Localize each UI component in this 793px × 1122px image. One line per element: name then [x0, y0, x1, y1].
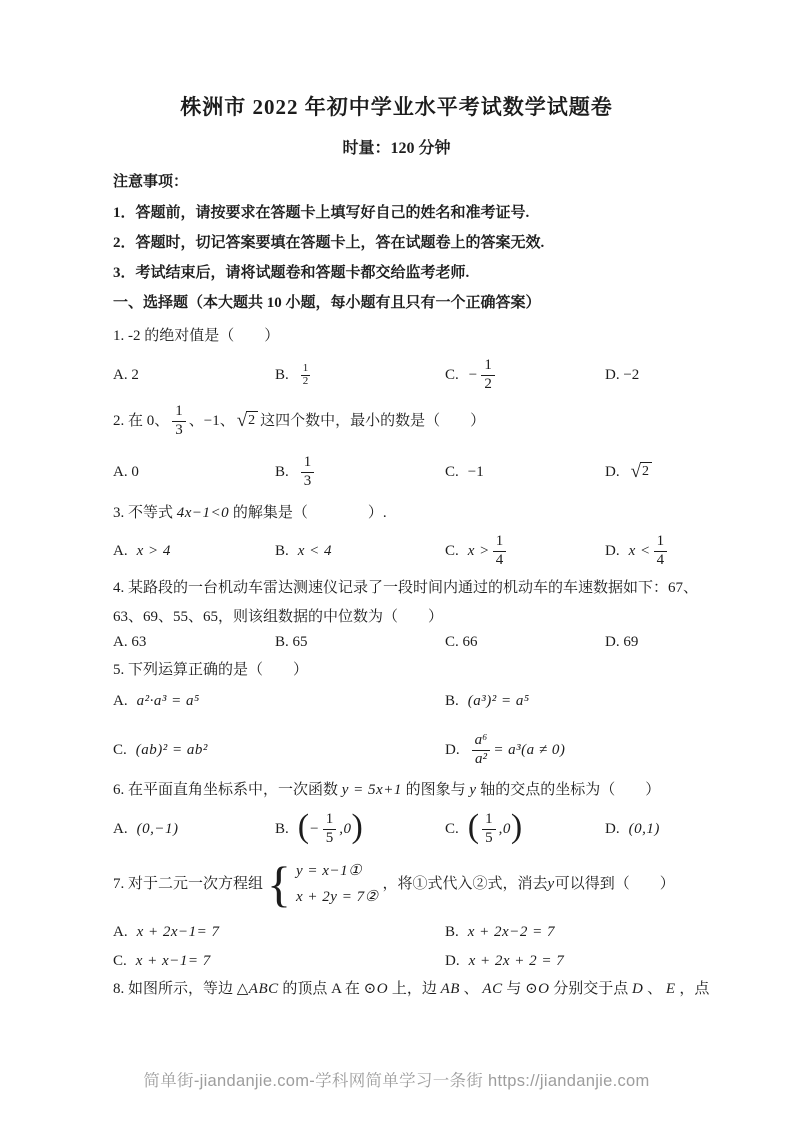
question-7-option-d: D. x + 2x + 2 = 7: [445, 951, 715, 971]
fraction: 13: [301, 454, 315, 490]
square-root: √2: [237, 411, 258, 431]
question-1-option-d: D. −2: [605, 365, 715, 385]
equation-system: { y = x−1① x + 2y = 7②: [267, 861, 379, 907]
option-text: A. 0: [113, 462, 139, 482]
option-text: D. 69: [605, 632, 638, 652]
fraction-numerator: 1: [654, 533, 668, 550]
text-fragment: 可以得到（ ）: [555, 874, 675, 894]
question-1-option-c: C. − 12: [445, 357, 605, 393]
math-expression: E: [666, 981, 676, 997]
fraction: 12: [481, 357, 495, 393]
text-fragment: ，点: [679, 981, 709, 997]
math-expression: y = 5x+1: [342, 782, 402, 798]
math-expression: x < 4: [298, 541, 332, 561]
math-expression: x > 4: [137, 541, 171, 561]
option-label: B.: [275, 819, 289, 839]
question-6-option-a: A. (0,−1): [113, 819, 275, 839]
fraction-numerator: 1: [481, 357, 495, 374]
math-expression: ,0: [499, 819, 511, 839]
question-4-option-d: D. 69: [605, 632, 715, 652]
option-label: C.: [445, 462, 459, 482]
question-6-options: A. (0,−1) B. ( − 15 ,0 ) C. ( 15 ,0 ) D.…: [113, 804, 715, 854]
question-6-option-d: D. (0,1): [605, 819, 715, 839]
math-expression: AC: [482, 981, 502, 997]
question-2-options: A. 0 B. 13 C. −1 D. √2: [113, 450, 715, 494]
math-expression: 4x−1<0: [177, 505, 229, 521]
notice-item-2: 2．答题时，切记答案要填在答题卡上，答在试题卷上的答案无效.: [113, 233, 715, 253]
math-expression: y: [548, 874, 555, 894]
question-5-text: 5. 下列运算正确的是（ ）: [113, 660, 715, 680]
math-expression: ⊙O: [364, 981, 388, 997]
question-7-options-row-1: A. x + 2x−1= 7 B. x + 2x−2 = 7: [113, 921, 715, 943]
option-label: B.: [275, 365, 289, 385]
notice-heading: 注意事项：: [113, 172, 715, 192]
equation-2: x + 2y = 7②: [296, 887, 379, 907]
question-3-option-c: C. x > 14: [445, 533, 605, 569]
text-fragment: 的解集是（ ）.: [233, 505, 387, 521]
system-equations: y = x−1① x + 2y = 7②: [296, 861, 379, 907]
text-fragment: 的顶点 A 在: [282, 981, 360, 997]
math-expression: = a³(a ≠ 0): [493, 740, 565, 760]
fraction: 12: [301, 363, 311, 387]
option-text: A. 2: [113, 365, 139, 385]
math-expression: y: [469, 782, 476, 798]
text-fragment: 的图象与: [406, 782, 466, 798]
math-expression: x >: [468, 541, 490, 561]
option-label: A.: [113, 691, 128, 711]
text-fragment: 轴的交点的坐标为（ ）: [480, 782, 660, 798]
question-3-option-d: D. x < 14: [605, 533, 715, 569]
text-fragment: 、−1、: [189, 411, 235, 431]
fraction: 15: [482, 811, 496, 847]
option-label: A.: [113, 541, 128, 561]
option-label: D.: [605, 819, 620, 839]
fraction-numerator: 1: [482, 811, 496, 828]
question-6-option-c: C. ( 15 ,0 ): [445, 811, 605, 847]
math-expression: a²·a³ = a⁵: [137, 691, 200, 711]
math-expression: (a³)² = a⁵: [468, 691, 530, 711]
minus-sign: −: [309, 819, 320, 839]
text-fragment: ，将①式代入②式，消去: [383, 874, 548, 894]
question-4-text-line-1: 4. 某路段的一台机动车雷达测速仪记录了一段时间内通过的机动车的车速数据如下：6…: [113, 578, 715, 598]
option-label: C.: [445, 541, 459, 561]
question-4-options: A. 63 B. 65 C. 66 D. 69: [113, 631, 715, 653]
question-7-options-row-2: C. x + x−1= 7 D. x + 2x + 2 = 7: [113, 950, 715, 972]
option-label: C.: [445, 819, 459, 839]
question-4-option-c: C. 66: [445, 632, 605, 652]
fraction-denominator: 3: [172, 421, 186, 439]
exam-paper-page: 株洲市 2022 年初中学业水平考试数学试题卷 时量：120 分钟 注意事项： …: [0, 0, 793, 1122]
question-1-option-a: A. 2: [113, 365, 275, 385]
option-label: C.: [113, 740, 127, 760]
fraction: 14: [493, 533, 507, 569]
fraction: 14: [654, 533, 668, 569]
square-root: √2: [631, 462, 652, 482]
option-label: C.: [445, 365, 459, 385]
question-2-text: 2. 在 0、 13 、−1、 √2 这四个数中，最小的数是（ ）: [113, 400, 715, 442]
text-fragment: 与: [506, 981, 521, 997]
text-fragment: 上，边: [392, 981, 437, 997]
text-fragment: 分别交于点: [553, 981, 628, 997]
question-5-options-row-2: C. (ab)² = ab² D. a⁶a² = a³(a ≠ 0): [113, 726, 715, 774]
fraction-denominator: 4: [654, 551, 668, 569]
question-3-option-a: A. x > 4: [113, 541, 275, 561]
equation-1: y = x−1①: [296, 861, 379, 881]
option-label: A.: [113, 819, 128, 839]
fraction-numerator: 1: [323, 811, 337, 828]
math-expression: x + x−1= 7: [136, 951, 211, 971]
option-text: B. 65: [275, 632, 308, 652]
question-3-options: A. x > 4 B. x < 4 C. x > 14 D. x < 14: [113, 528, 715, 574]
math-expression: (ab)² = ab²: [136, 740, 208, 760]
option-label: D.: [445, 951, 460, 971]
option-text: C. 66: [445, 632, 478, 652]
fraction-denominator: 5: [323, 829, 337, 847]
question-5-option-d: D. a⁶a² = a³(a ≠ 0): [445, 732, 715, 768]
option-label: C.: [113, 951, 127, 971]
notice-item-3: 3．考试结束后，请将试题卷和答题卡都交给监考老师.: [113, 263, 715, 283]
question-4-text-line-2: 63、69、55、65，则该组数据的中位数为（ ）: [113, 607, 715, 627]
question-2-option-a: A. 0: [113, 462, 275, 482]
question-8-text: 8. 如图所示，等边 △ABC 的顶点 A 在 ⊙O 上，边 AB 、 AC 与…: [113, 979, 715, 999]
system-brace: {: [267, 862, 291, 907]
radicand: 2: [640, 462, 652, 481]
minus-sign: −: [468, 365, 479, 385]
math-expression: x + 2x−1= 7: [137, 922, 220, 942]
question-5-option-c: C. (ab)² = ab²: [113, 740, 445, 760]
math-expression: AB: [441, 981, 460, 997]
option-label: D.: [445, 740, 460, 760]
watermark-footer: 简单街-jiandanjie.com-学科网简单学习一条街 https://ji…: [0, 1070, 793, 1092]
option-text: A. 63: [113, 632, 146, 652]
section-1-heading: 一、选择题（本大题共 10 小题，每小题有且只有一个正确答案）: [113, 293, 715, 313]
question-1-options: A. 2 B. 12 C. − 12 D. −2: [113, 352, 715, 398]
question-7-option-c: C. x + x−1= 7: [113, 951, 445, 971]
fraction: 13: [172, 403, 186, 439]
math-expression: ,0: [339, 819, 351, 839]
fraction-numerator: 1: [301, 363, 311, 375]
question-4-option-b: B. 65: [275, 632, 445, 652]
option-label: A.: [113, 922, 128, 942]
text-fragment: 7. 对于二元一次方程组: [113, 874, 263, 894]
fraction-denominator: 3: [301, 472, 315, 490]
option-text: D. −2: [605, 365, 639, 385]
question-4-option-a: A. 63: [113, 632, 275, 652]
math-expression: x + 2x + 2 = 7: [469, 951, 565, 971]
question-7-option-a: A. x + 2x−1= 7: [113, 922, 445, 942]
question-5-options-row-1: A. a²·a³ = a⁵ B. (a³)² = a⁵: [113, 688, 715, 714]
option-label: D.: [605, 541, 620, 561]
text-fragment: 这四个数中，最小的数是（ ）: [260, 411, 485, 431]
question-3-option-b: B. x < 4: [275, 541, 445, 561]
question-6-text: 6. 在平面直角坐标系中，一次函数 y = 5x+1 的图象与 y 轴的交点的坐…: [113, 780, 715, 800]
option-label: B.: [445, 922, 459, 942]
fraction-numerator: 1: [172, 403, 186, 420]
text-fragment: 6. 在平面直角坐标系中，一次函数: [113, 782, 338, 798]
fraction-denominator: 5: [482, 829, 496, 847]
fraction-numerator: 1: [301, 454, 315, 471]
question-2-option-d: D. √2: [605, 462, 715, 482]
fraction-numerator: 1: [493, 533, 507, 550]
math-expression: D: [632, 981, 643, 997]
fraction-numerator: a⁶: [472, 732, 491, 749]
question-1-text: 1. -2 的绝对值是（ ）: [113, 326, 715, 346]
question-7-text: 7. 对于二元一次方程组 { y = x−1① x + 2y = 7② ，将①式…: [113, 858, 715, 910]
radicand: 2: [246, 411, 258, 430]
math-expression: x + 2x−2 = 7: [468, 922, 555, 942]
option-label: B.: [275, 462, 289, 482]
text-fragment: 3. 不等式: [113, 505, 173, 521]
math-expression: ⊙O: [525, 981, 549, 997]
question-5-option-b: B. (a³)² = a⁵: [445, 691, 715, 711]
fraction-denominator: 2: [301, 375, 311, 388]
math-expression: x <: [629, 541, 651, 561]
option-text: −1: [468, 462, 484, 482]
math-expression: △ABC: [237, 981, 279, 997]
fraction-denominator: a²: [472, 750, 491, 768]
exam-title: 株洲市 2022 年初中学业水平考试数学试题卷: [0, 93, 793, 121]
text-fragment: 、: [464, 981, 479, 997]
math-expression: (0,1): [629, 819, 660, 839]
question-2-option-c: C. −1: [445, 462, 605, 482]
fraction-denominator: 4: [493, 551, 507, 569]
question-7-option-b: B. x + 2x−2 = 7: [445, 922, 715, 942]
option-label: B.: [275, 541, 289, 561]
question-2-option-b: B. 13: [275, 454, 445, 490]
fraction: a⁶a²: [472, 732, 491, 768]
fraction-denominator: 2: [481, 375, 495, 393]
math-expression: (0,−1): [137, 819, 179, 839]
fraction: 15: [323, 811, 337, 847]
text-fragment: 8. 如图所示，等边: [113, 981, 233, 997]
question-1-option-b: B. 12: [275, 363, 445, 387]
notice-item-1: 1．答题前，请按要求在答题卡上填写好自己的姓名和准考证号.: [113, 203, 715, 223]
question-6-option-b: B. ( − 15 ,0 ): [275, 811, 445, 847]
exam-duration: 时量：120 分钟: [0, 138, 793, 160]
text-fragment: 2. 在 0、: [113, 411, 169, 431]
text-fragment: 、: [647, 981, 662, 997]
question-3-text: 3. 不等式 4x−1<0 的解集是（ ）.: [113, 503, 715, 523]
option-label: D.: [605, 462, 620, 482]
question-5-option-a: A. a²·a³ = a⁵: [113, 691, 445, 711]
option-label: B.: [445, 691, 459, 711]
